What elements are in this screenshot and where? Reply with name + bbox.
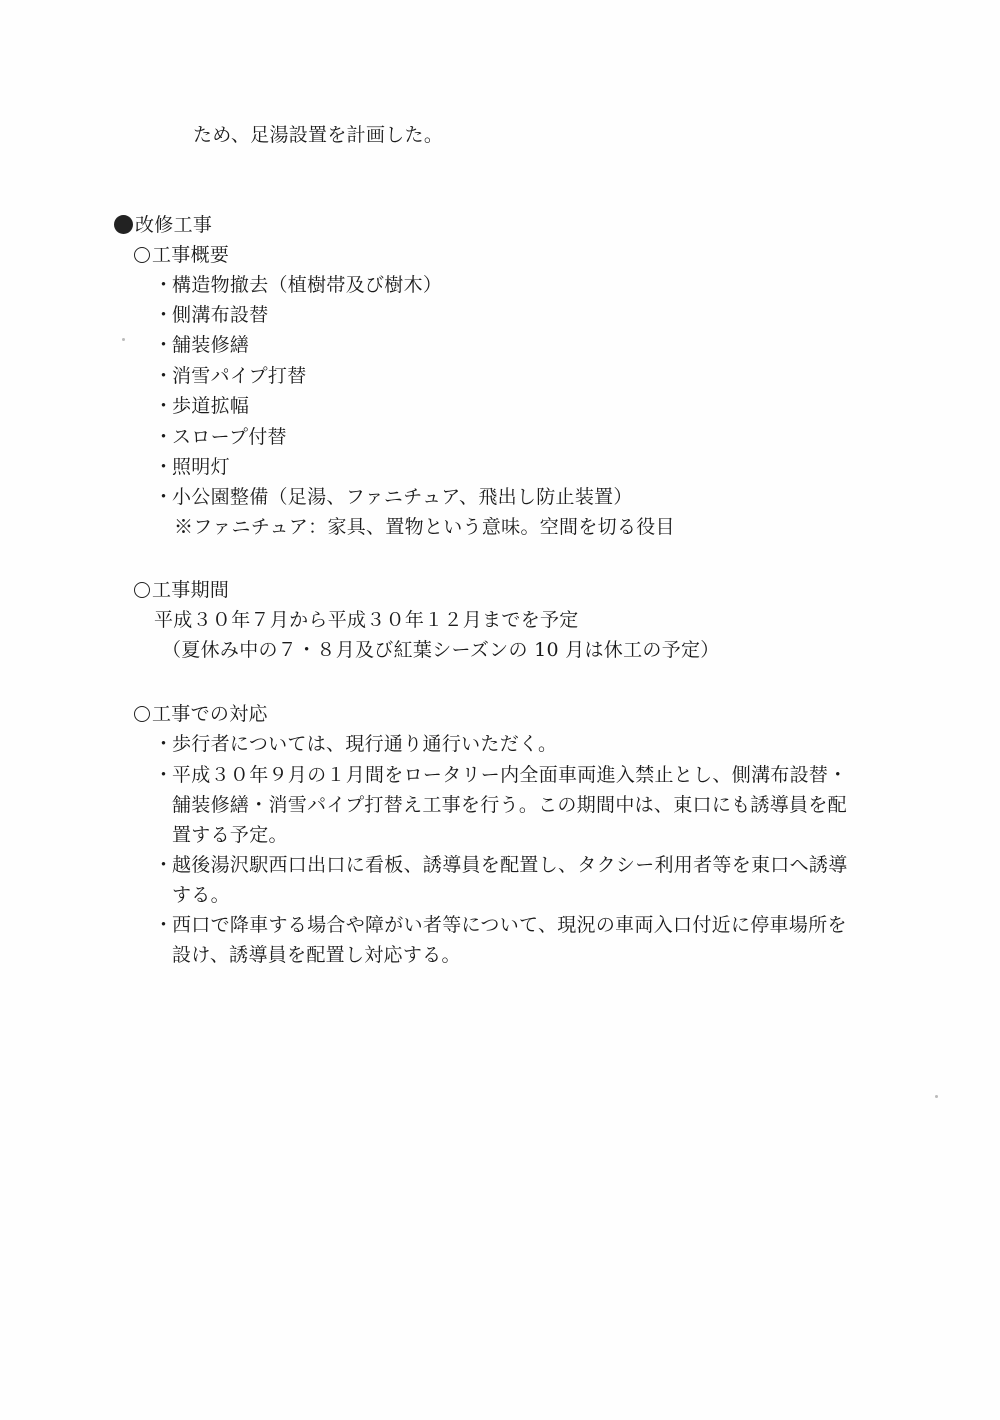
overview-note: ※ファニチュア：家具、置物という意味。空間を切る役目 [174, 514, 675, 540]
section-heading: 改修工事 [114, 212, 212, 238]
open-circle-bullet-icon [134, 582, 150, 598]
response-item-continuation: する。 [172, 882, 230, 908]
open-circle-bullet-icon [134, 706, 150, 722]
overview-item: ・照明灯 [154, 454, 230, 480]
filled-circle-bullet-icon [114, 215, 133, 234]
response-item: ・越後湯沢駅西口出口に看板、誘導員を配置し、タクシー利用者等を東口へ誘導 [154, 852, 848, 878]
response-title: 工事での対応 [152, 703, 268, 725]
overview-item: ・舗装修繕 [154, 332, 249, 358]
period-line-2: （夏休み中の７・８月及び紅葉シーズンの 10 月は休工の予定） [162, 637, 720, 663]
response-item-continuation: 設け、誘導員を配置し対応する。 [172, 942, 461, 968]
overview-title: 工事概要 [152, 244, 229, 266]
period-line-1: 平成３０年７月から平成３０年１２月までを予定 [154, 607, 579, 633]
document-page: ため、足湯設置を計画した。 改修工事 工事概要 ・構造物撤去（植樹帯及び樹木） … [0, 0, 1000, 1420]
response-item-continuation: 置する予定。 [172, 822, 288, 848]
overview-item: ・小公園整備（足湯、ファニチュア、飛出し防止装置） [154, 484, 633, 510]
list-dot-icon: ・ [154, 332, 172, 358]
overview-item: ・側溝布設替 [154, 302, 269, 328]
section-title: 改修工事 [135, 214, 212, 236]
list-dot-icon: ・ [154, 363, 172, 389]
intro-continuation: ため、足湯設置を計画した。 [193, 122, 443, 148]
response-heading: 工事での対応 [134, 701, 268, 727]
list-dot-icon: ・ [154, 912, 172, 938]
period-heading: 工事期間 [134, 577, 229, 603]
list-dot-icon: ・ [154, 454, 172, 480]
open-circle-bullet-icon [134, 247, 150, 263]
list-dot-icon: ・ [154, 762, 172, 788]
response-item: ・西口で降車する場合や障がい者等について、現況の車両入口付近に停車場所を [154, 912, 847, 938]
response-item-continuation: 舗装修繕・消雪パイプ打替え工事を行う。この期間中は、東口にも誘導員を配 [172, 792, 847, 818]
overview-heading: 工事概要 [134, 242, 229, 268]
overview-item: ・構造物撤去（植樹帯及び樹木） [154, 272, 442, 298]
list-dot-icon: ・ [154, 852, 172, 878]
response-item: ・歩行者については、現行通り通行いただく。 [154, 731, 557, 757]
period-title: 工事期間 [152, 579, 229, 601]
scan-speck [122, 338, 125, 341]
list-dot-icon: ・ [154, 302, 172, 328]
overview-item: ・スロープ付替 [154, 424, 287, 450]
list-dot-icon: ・ [154, 731, 172, 757]
response-item: ・平成３０年９月の１月間をロータリー内全面車両進入禁止とし、側溝布設替・ [154, 762, 848, 788]
scan-speck [935, 1095, 938, 1098]
overview-item: ・消雪パイプ打替 [154, 363, 307, 389]
list-dot-icon: ・ [154, 272, 172, 298]
list-dot-icon: ・ [154, 484, 172, 510]
overview-item: ・歩道拡幅 [154, 393, 249, 419]
list-dot-icon: ・ [154, 424, 172, 450]
list-dot-icon: ・ [154, 393, 172, 419]
